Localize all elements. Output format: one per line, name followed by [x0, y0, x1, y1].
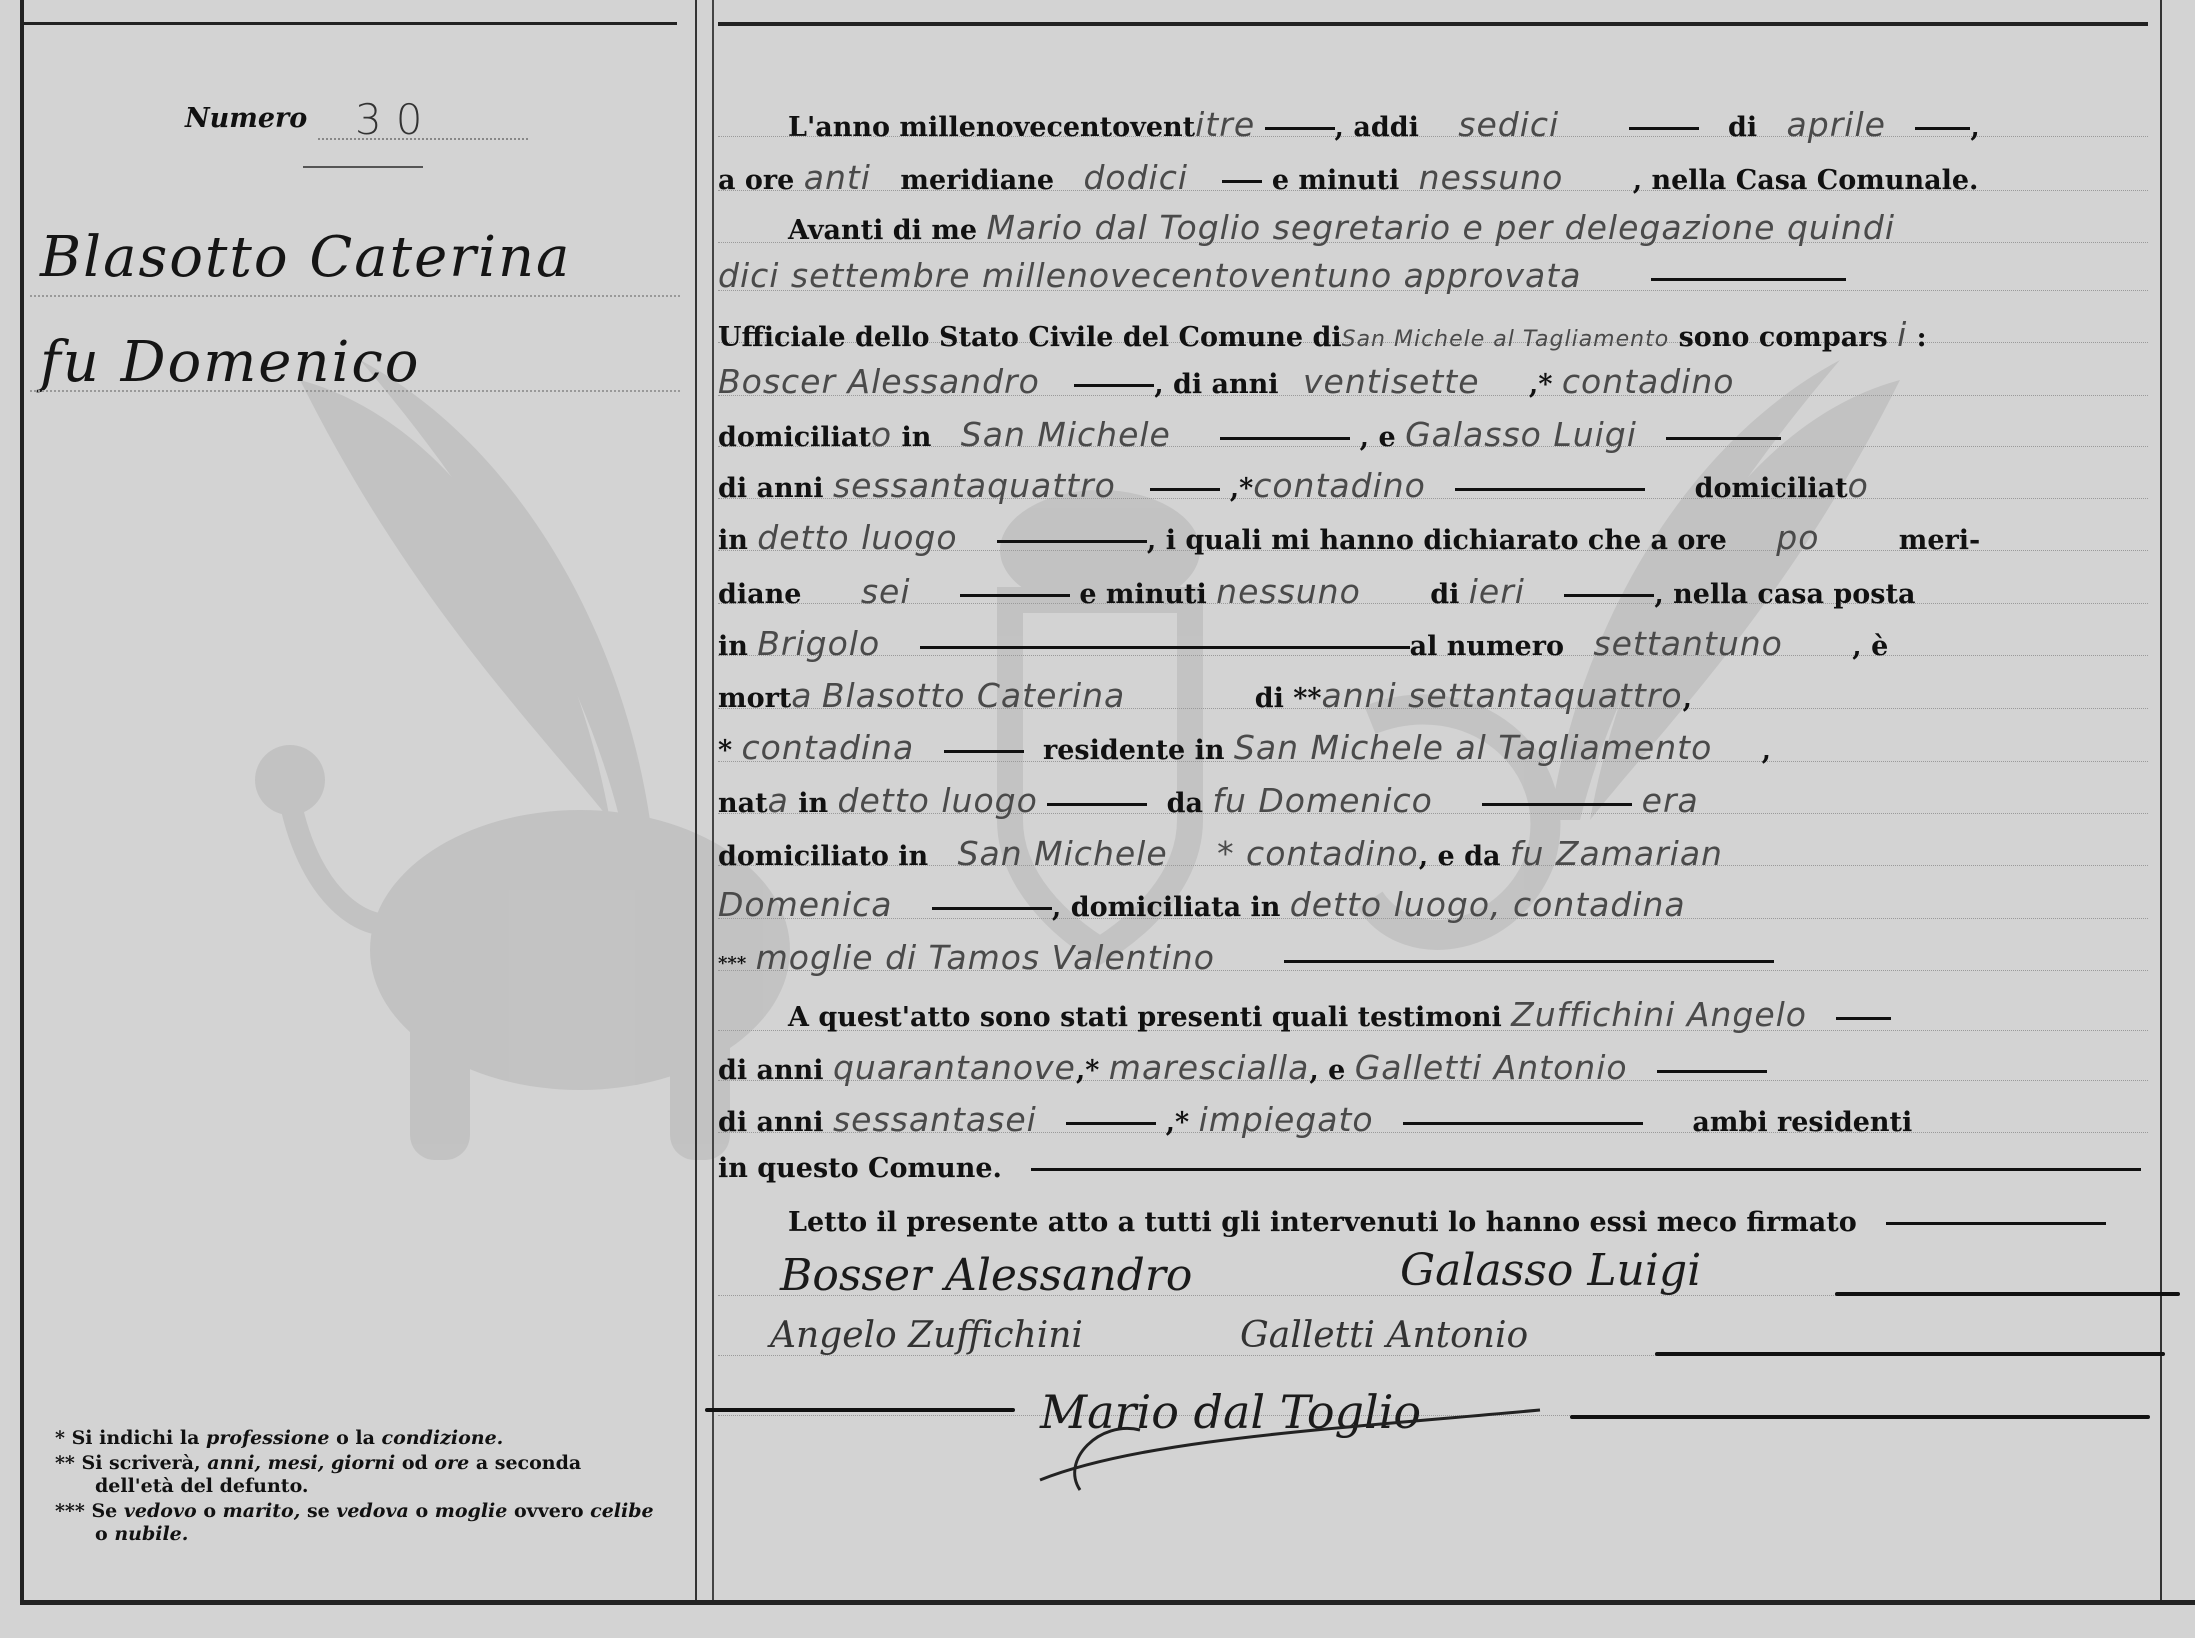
handwritten-witness-1-profession: marescialla: [1109, 1048, 1310, 1087]
handwritten-domicile-2: detto luogo: [757, 518, 957, 557]
handwritten-suffix: o: [871, 415, 892, 454]
frame-border-left: [20, 0, 24, 1605]
footnote-text: Si scriverà,: [82, 1452, 201, 1474]
printed-text: in: [718, 631, 748, 662]
printed-text: , nella Casa Comunale.: [1633, 165, 1979, 196]
printed-text: di: [1728, 112, 1757, 143]
signature-declarant-2: Galasso Luigi: [1400, 1245, 1701, 1296]
fill-line: [1666, 437, 1781, 440]
printed-text: Avanti di me: [788, 215, 977, 246]
signature-line: [1835, 1292, 2180, 1296]
printed-text: di anni: [718, 1107, 824, 1138]
printed-text: meri-: [1899, 525, 1980, 556]
printed-text: in: [902, 422, 932, 453]
handwritten-officer: Mario dal Toglio segretario e per delega…: [987, 208, 1896, 247]
printed-text: Ufficiale dello Stato Civile del Comune …: [718, 322, 1342, 353]
handwritten-witness-1-age: quarantanove: [833, 1048, 1076, 1087]
printed-text: e minuti: [1079, 579, 1206, 610]
printed-text: di anni: [718, 1055, 824, 1086]
footnote-text: nubile.: [114, 1523, 188, 1545]
death-record-page: Numero 30 Blasotto Caterina fu Domenico …: [0, 0, 2195, 1638]
handwritten-suffix: a: [791, 676, 812, 715]
footnote-text: marito,: [223, 1500, 301, 1522]
handwritten-residence: San Michele al Tagliamento: [1234, 728, 1712, 767]
footnote-text: dell'età del defunto.: [55, 1475, 695, 1498]
handwritten-death-minutes: nessuno: [1216, 572, 1361, 611]
footnote-text: o nubile.: [55, 1523, 695, 1546]
footnote-text: o: [203, 1500, 216, 1522]
fill-line: [1629, 127, 1699, 130]
signature-line: [1655, 1352, 2165, 1356]
handwritten-mother-name: Domenica: [718, 885, 893, 924]
printed-text: , e: [1360, 422, 1396, 453]
footnotes: * Si indichi la professione o la condizi…: [55, 1427, 695, 1548]
row-domicile-1: domiciliato in San Michele , e Galasso L…: [718, 415, 2148, 454]
footnote-mark: **: [55, 1452, 75, 1474]
fill-line: [1651, 278, 1846, 281]
numero-separator: [303, 166, 423, 168]
signature-line: [1570, 1415, 2150, 1419]
printed-text: , e da: [1419, 841, 1501, 872]
printed-text: in questo Comune.: [718, 1153, 1002, 1184]
footnote-text: Se: [91, 1500, 117, 1522]
row-witness-2-details: di anni sessantasei ,* impiegato ambi re…: [718, 1100, 2148, 1139]
numero-label: Numero: [185, 103, 307, 134]
handwritten-hour: dodici: [1083, 158, 1188, 197]
handwritten-comune: San Michele al Tagliamento: [1342, 327, 1670, 352]
margin-guide-line: [30, 295, 680, 297]
handwritten-place: Brigolo: [757, 624, 880, 663]
printed-text: , di anni: [1154, 369, 1278, 400]
fill-line: [1150, 488, 1220, 491]
row-year-date: L'anno millenovecentoventitre , addi sed…: [718, 105, 2195, 144]
footnote-text: ovvero: [514, 1500, 584, 1522]
printed-text: , i quali mi hanno dichiarato che a ore: [1147, 525, 1727, 556]
printed-text: e minuti: [1272, 165, 1399, 196]
printed-text: meridiane: [900, 165, 1054, 196]
fill-line: [1220, 437, 1350, 440]
fill-line: [1222, 180, 1262, 183]
handwritten-suffix: o: [1848, 466, 1869, 505]
top-rule-right: [718, 22, 2148, 26]
row-marital: *** moglie di Tamos Valentino: [718, 938, 2148, 977]
handwritten-father-profession: * contadino: [1217, 834, 1419, 873]
handwritten-deceased-name: Blasotto Caterina: [822, 676, 1125, 715]
printed-text: Letto il presente atto a tutti gli inter…: [788, 1207, 1857, 1238]
footnote-text: o: [95, 1523, 108, 1545]
handwritten-profession-2: contadino: [1253, 466, 1426, 505]
row-comune-residence: in questo Comune.: [718, 1153, 2148, 1184]
printed-text: da: [1167, 788, 1203, 819]
row-deceased: morta Blasotto Caterina di **anni settan…: [718, 676, 2148, 715]
fill-line: [920, 646, 1410, 649]
signature-witness-1: Angelo Zuffichini: [770, 1315, 1083, 1356]
handwritten-witness-2-profession: impiegato: [1199, 1100, 1374, 1139]
row-comune: Ufficiale dello Stato Civile del Comune …: [718, 315, 2148, 354]
printed-text: nat: [718, 788, 768, 819]
printed-text: a ore: [718, 165, 794, 196]
handwritten-age-1: ventisette: [1303, 362, 1480, 401]
printed-text: *: [718, 735, 732, 766]
handwritten-father-status: era: [1642, 781, 1699, 820]
footnote-text: vedovo: [124, 1500, 197, 1522]
handwritten-day: sedici: [1458, 105, 1559, 144]
printed-text: di: [1430, 579, 1459, 610]
fill-line: [1265, 127, 1335, 130]
handwritten-declarant-1: Boscer Alessandro: [718, 362, 1040, 401]
handwritten-year: itre: [1195, 105, 1255, 144]
margin-deceased-name: Blasotto Caterina: [40, 225, 571, 290]
fill-line: [1047, 803, 1147, 806]
margin-father-name: fu Domenico: [40, 330, 421, 395]
row-declarant-1: Boscer Alessandro , di anni ventisette ,…: [718, 362, 2148, 401]
handwritten-suffix: a: [768, 781, 789, 820]
fill-line: [1403, 1122, 1643, 1125]
printed-text: , è: [1852, 631, 1888, 662]
printed-text: , addi: [1335, 112, 1419, 143]
handwritten-suffix: i: [1897, 315, 1907, 354]
handwritten-deceased-age: anni settantaquattro: [1321, 676, 1682, 715]
row-mother: Domenica , domiciliata in detto luogo, c…: [718, 885, 2148, 924]
fill-line: [1657, 1070, 1767, 1073]
printed-text: in: [718, 525, 748, 556]
handwritten-birthplace: detto luogo: [838, 781, 1038, 820]
footnote-text: professione: [206, 1427, 329, 1449]
fill-line: [960, 594, 1070, 597]
handwritten-death-hour: sei: [861, 572, 911, 611]
footnote-text: ore: [434, 1452, 469, 1474]
footnote-text: od: [402, 1452, 428, 1474]
handwritten-death-day: ieri: [1469, 572, 1525, 611]
frame-border-bottom: [20, 1600, 2195, 1605]
fill-line: [1564, 594, 1654, 597]
fill-line: [1066, 1122, 1156, 1125]
handwritten-minutes: nessuno: [1419, 158, 1564, 197]
printed-text: ,*: [1166, 1107, 1190, 1138]
printed-text: mort: [718, 683, 791, 714]
margin-guide-line: [30, 390, 680, 392]
printed-text: in: [798, 788, 828, 819]
handwritten-declarant-2: Galasso Luigi: [1405, 415, 1637, 454]
signature-declarant-1: Bosser Alessandro: [780, 1250, 1192, 1301]
row-witnesses: A quest'atto sono stati presenti quali t…: [718, 995, 2195, 1034]
footnote-text: vedova: [336, 1500, 408, 1522]
footnote-text: celibe: [590, 1500, 653, 1522]
footnote-mark: *: [55, 1427, 65, 1449]
footnote-text: moglie: [435, 1500, 508, 1522]
printed-text: ,: [1762, 735, 1771, 766]
numero-value: 30: [355, 95, 436, 144]
handwritten-mother-domicile: detto luogo, contadina: [1290, 885, 1686, 924]
fill-line: [1031, 1168, 2141, 1171]
fill-line: [1074, 384, 1154, 387]
fill-line: [944, 750, 1024, 753]
footnote-text: anni, mesi, giorni: [207, 1452, 395, 1474]
printed-text: di **: [1255, 683, 1322, 714]
fill-line: [1455, 488, 1645, 491]
signature-flourish-icon: [1020, 1400, 1580, 1500]
top-rule-left: [22, 22, 677, 25]
row-officer: Avanti di me Mario dal Toglio segretario…: [718, 208, 2195, 247]
handwritten-time-ante: po: [1776, 518, 1819, 557]
fill-line: [932, 907, 1052, 910]
printed-text: diane: [718, 579, 801, 610]
printed-text: , nella casa posta: [1654, 579, 1915, 610]
printed-text: , e: [1309, 1055, 1345, 1086]
row-declarant-2: di anni sessantaquattro ,*contadino domi…: [718, 466, 2148, 505]
printed-text: ambi residenti: [1692, 1107, 1912, 1138]
handwritten-mother: fu Zamarian: [1510, 834, 1723, 873]
row-birth: nata in detto luogo da fu Domenico era: [718, 781, 2148, 820]
row-house: in Brigolo al numero settantuno , è: [718, 624, 2148, 663]
printed-text: domiciliat: [718, 422, 871, 453]
printed-text: ***: [718, 953, 746, 974]
signature-witness-2: Galletti Antonio: [1240, 1315, 1528, 1356]
footnote-text: condizione.: [382, 1427, 504, 1449]
footnote-mark: ***: [55, 1500, 85, 1522]
row-parents: domiciliato in San Michele * contadino, …: [718, 834, 2148, 873]
printed-text: ,: [1683, 683, 1692, 714]
handwritten-witness-2: Galletti Antonio: [1355, 1048, 1628, 1087]
fill-line: [997, 540, 1147, 543]
handwritten-profession-1: contadino: [1562, 362, 1735, 401]
handwritten-ante: anti: [804, 158, 871, 197]
printed-text: al numero: [1410, 631, 1564, 662]
handwritten-witness-2-age: sessantasei: [833, 1100, 1037, 1139]
printed-text: L'anno millenovecentovent: [788, 112, 1195, 143]
printed-text: residente in: [1043, 735, 1225, 766]
handwritten-domicile-1: San Michele: [961, 415, 1171, 454]
column-divider: [695, 0, 697, 1600]
printed-text: domiciliat: [1695, 473, 1848, 504]
numero-underline: [318, 138, 528, 140]
footnote-text: o la: [336, 1427, 375, 1449]
fill-line: [1284, 960, 1774, 963]
row-time: a ore anti meridiane dodici e minuti nes…: [718, 158, 2148, 197]
footnote-text: se: [307, 1500, 330, 1522]
printed-text: sono compars: [1679, 322, 1888, 353]
handwritten-delegation: dici settembre millenovecentoventuno app…: [718, 256, 1581, 295]
printed-text: ,*: [1230, 473, 1254, 504]
footnote-text: a seconda: [476, 1452, 581, 1474]
row-declaration: in detto luogo , i quali mi hanno dichia…: [718, 518, 2148, 557]
footnote-1: * Si indichi la professione o la condizi…: [55, 1427, 695, 1450]
handwritten-age-2: sessantaquattro: [833, 466, 1116, 505]
fill-line: [1482, 803, 1632, 806]
handwritten-marital-status: moglie di Tamos Valentino: [756, 938, 1215, 977]
printed-text: ,: [1970, 112, 1979, 143]
row-residence: * contadina residente in San Michele al …: [718, 728, 2148, 767]
row-officer-cont: dici settembre millenovecentoventuno app…: [718, 256, 2148, 295]
column-divider-inner: [712, 0, 714, 1600]
fill-line: [1915, 127, 1970, 130]
row-read-signed: Letto il presente atto a tutti gli inter…: [718, 1207, 2195, 1238]
fill-line: [1886, 1222, 2106, 1225]
handwritten-father-domicile: San Michele: [958, 834, 1168, 873]
printed-text: A quest'atto sono stati presenti quali t…: [788, 1002, 1502, 1033]
row-witness-1-details: di anni quarantanove,* marescialla, e Ga…: [718, 1048, 2148, 1087]
handwritten-month: aprile: [1787, 105, 1886, 144]
row-death-time: diane sei e minuti nessuno di ieri , nel…: [718, 572, 2148, 611]
printed-text: domiciliato in: [718, 841, 928, 872]
footnote-3: *** Se vedovo o marito, se vedova o mogl…: [55, 1500, 695, 1546]
fill-line: [1836, 1017, 1891, 1020]
signature-line: [705, 1408, 1015, 1412]
printed-text: ,*: [1076, 1055, 1100, 1086]
printed-text: , domiciliata in: [1052, 892, 1280, 923]
handwritten-deceased-profession: contadina: [742, 728, 915, 767]
printed-text: :: [1917, 322, 1927, 353]
handwritten-witness-1: Zuffichini Angelo: [1511, 995, 1807, 1034]
handwritten-father: fu Domenico: [1212, 781, 1433, 820]
footnote-2: ** Si scriverà, anni, mesi, giorni od or…: [55, 1452, 695, 1498]
footnote-text: Si indichi la: [72, 1427, 200, 1449]
handwritten-house-number: settantuno: [1593, 624, 1782, 663]
printed-text: di anni: [718, 473, 824, 504]
footnote-text: o: [415, 1500, 428, 1522]
printed-text: ,*: [1529, 369, 1553, 400]
